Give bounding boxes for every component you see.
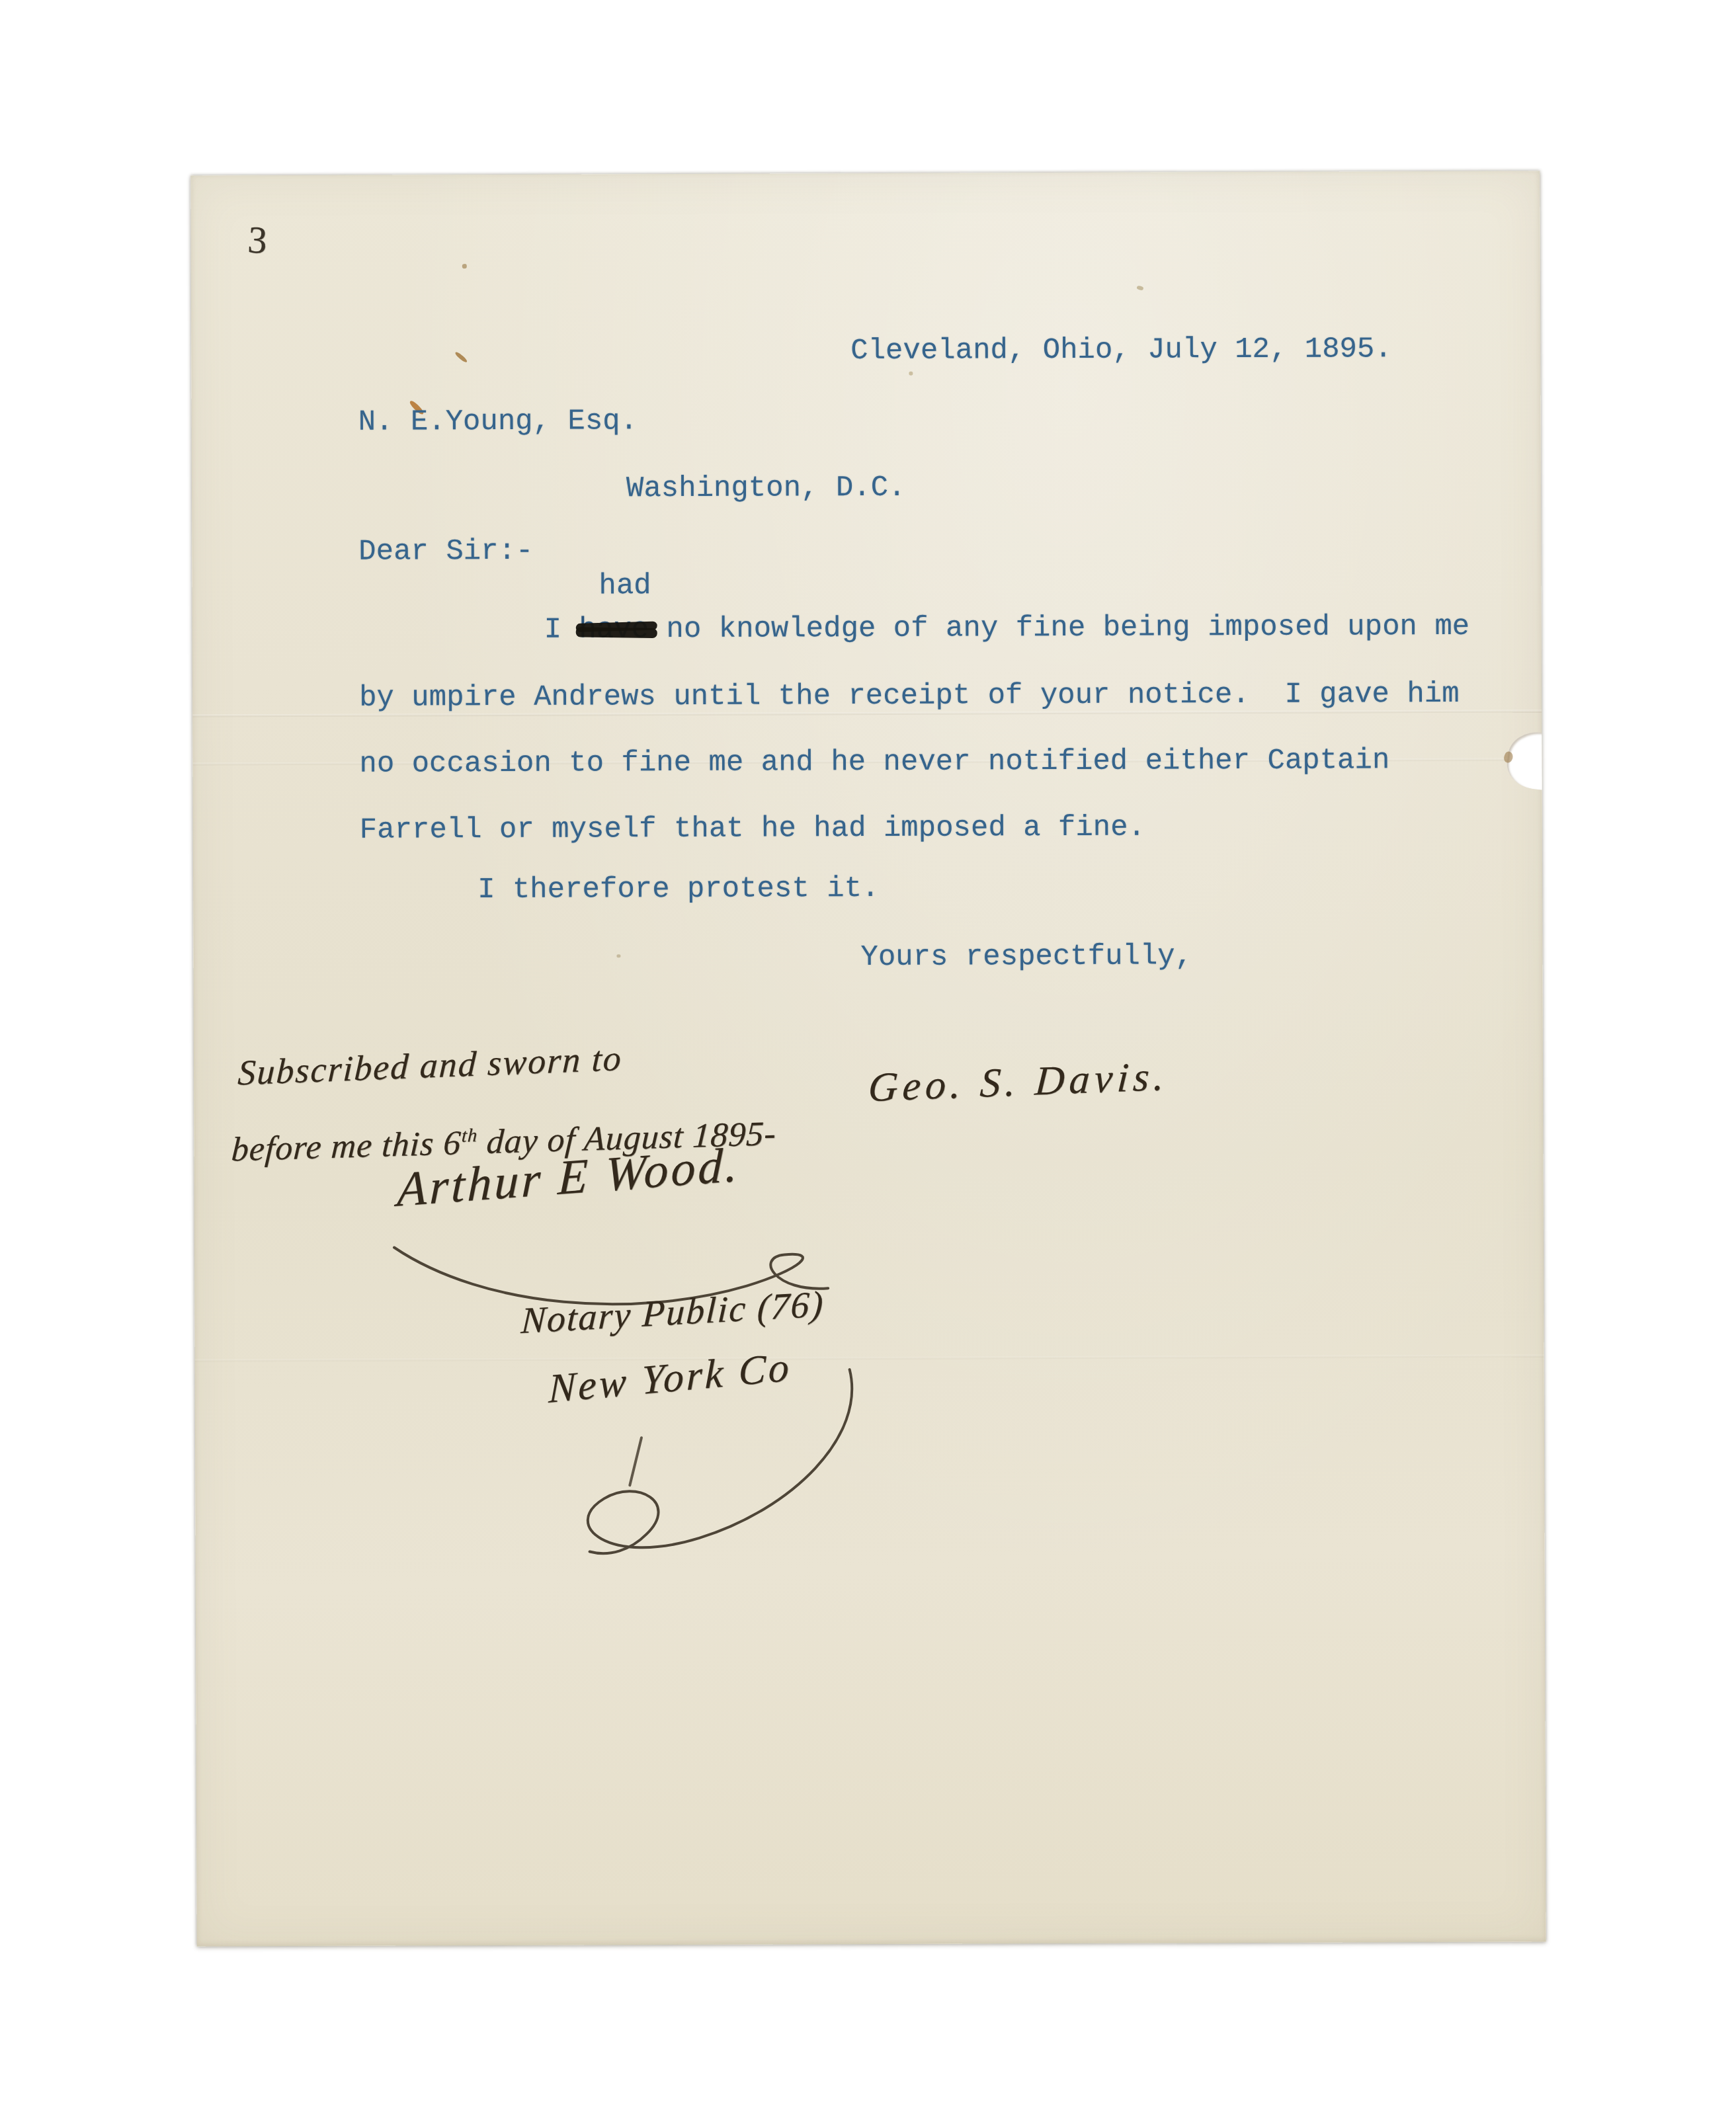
foxing-stain xyxy=(909,372,913,376)
salutation: Dear Sir:- xyxy=(358,534,533,569)
fold-crease xyxy=(195,1354,1544,1362)
notary-location: New York Co xyxy=(548,1346,792,1410)
body-line-1-after: no knowledge of any fine being imposed u… xyxy=(649,610,1469,646)
notary-statement-line-1: Subscribed and sworn to xyxy=(237,1040,623,1090)
body-line-4: Farrell or myself that he had imposed a … xyxy=(360,811,1145,848)
notary-title: Notary Public (76) xyxy=(520,1285,825,1340)
recipient-name: N. E.Young, Esq. xyxy=(358,404,638,439)
scanned-letter-canvas: 3 Cleveland, Ohio, July 12, 1895. N. E.Y… xyxy=(0,0,1736,2116)
struck-out-word: have xyxy=(579,612,649,647)
closing-line: Yours respectfully, xyxy=(860,939,1192,975)
date-line: Cleveland, Ohio, July 12, 1895. xyxy=(850,332,1392,368)
body-line-2: by umpire Andrews until the receipt of y… xyxy=(359,677,1460,715)
page-number: 3 xyxy=(246,217,268,263)
body-line-5: I therefore protest it. xyxy=(477,872,879,907)
foxing-stain xyxy=(616,954,620,957)
stray-pen-mark xyxy=(628,1436,643,1487)
letter-paper-sheet: 3 Cleveland, Ohio, July 12, 1895. N. E.Y… xyxy=(190,171,1546,1946)
recipient-city: Washington, D.C. xyxy=(626,471,906,506)
foxing-stain xyxy=(462,264,467,268)
body-line-1: I have no knowledge of any fine being im… xyxy=(544,610,1470,647)
ordinal-suffix: th xyxy=(461,1125,478,1147)
body-line-1-before: I xyxy=(544,614,579,647)
inserted-correction-word: had xyxy=(599,569,651,603)
foxing-stain xyxy=(1136,285,1143,290)
foxing-stain xyxy=(454,351,468,364)
body-line-3: no occasion to fine me and he never noti… xyxy=(359,743,1389,781)
affiant-signature: Geo. S. Davis. xyxy=(867,1056,1170,1109)
